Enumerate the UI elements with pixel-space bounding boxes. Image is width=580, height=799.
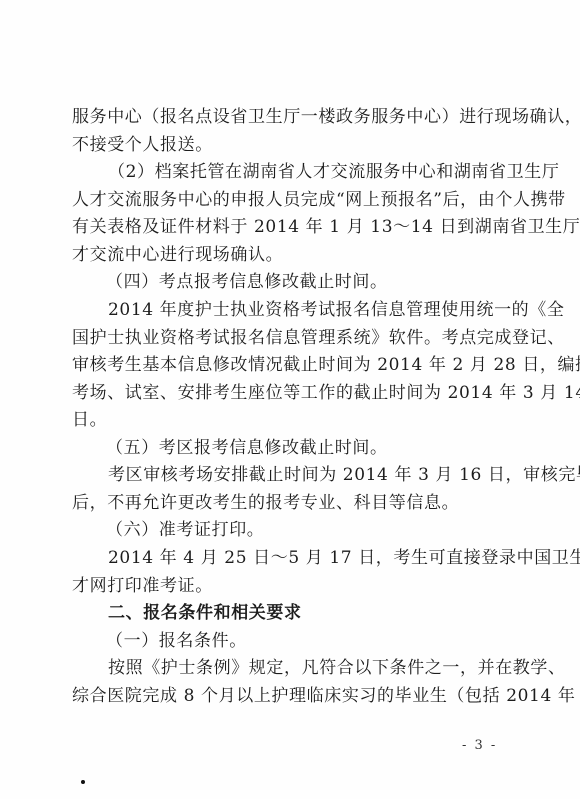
text-line: 后，不再允许更改考生的报考专业、科目等信息。	[72, 490, 506, 518]
paragraph-start-line: 考区审核考场安排截止时间为 2014 年 3 月 16 日，审核完毕	[72, 462, 506, 490]
chapter-heading-2: 二、报名条件和相关要求	[72, 600, 506, 628]
text-line: 不接受个人报送。	[72, 132, 506, 160]
section-heading-5: （五）考区报考信息修改截止时间。	[72, 435, 506, 463]
text-line: 有关表格及证件材料于 2014 年 1 月 13～14 日到湖南省卫生厅人	[72, 214, 506, 242]
page-number: - 3 -	[462, 738, 497, 753]
text-line: 才网打印准考证。	[72, 573, 506, 601]
text-line: 日。	[72, 407, 506, 435]
paragraph-start-line: （2）档案托管在湖南省人才交流服务中心和湖南省卫生厅	[72, 159, 506, 187]
text-line: 国护士执业资格考试报名信息管理系统》软件。考点完成登记、	[72, 325, 506, 353]
section-heading-6: （六）准考证打印。	[72, 517, 506, 545]
text-line: 才交流中心进行现场确认。	[72, 242, 506, 270]
scan-artifact-dot	[81, 780, 85, 784]
paragraph-start-line: 2014 年度护士执业资格考试报名信息管理使用统一的《全	[72, 297, 506, 325]
text-line: 服务中心（报名点设省卫生厅一楼政务服务中心）进行现场确认，	[72, 104, 506, 132]
section-heading-4: （四）考点报考信息修改截止时间。	[72, 269, 506, 297]
paragraph-start-line: 按照《护士条例》规定，凡符合以下条件之一，并在教学、	[72, 655, 506, 683]
text-line: 综合医院完成 8 个月以上护理临床实习的毕业生（包括 2014 年	[72, 683, 506, 711]
text-line: 考场、试室、安排考生座位等工作的截止时间为 2014 年 3 月 14	[72, 380, 506, 408]
text-line: 审核考生基本信息修改情况截止时间为 2014 年 2 月 28 日，编排	[72, 352, 506, 380]
section-heading-1: （一）报名条件。	[72, 628, 506, 656]
paragraph-start-line: 2014 年 4 月 25 日～5 月 17 日，考生可直接登录中国卫生人	[72, 545, 506, 573]
document-page: 服务中心（报名点设省卫生厅一楼政务服务中心）进行现场确认， 不接受个人报送。 （…	[0, 0, 580, 799]
text-line: 人才交流服务中心的申报人员完成“网上预报名”后，由个人携带	[72, 187, 506, 215]
body-text: 服务中心（报名点设省卫生厅一楼政务服务中心）进行现场确认， 不接受个人报送。 （…	[72, 104, 506, 710]
